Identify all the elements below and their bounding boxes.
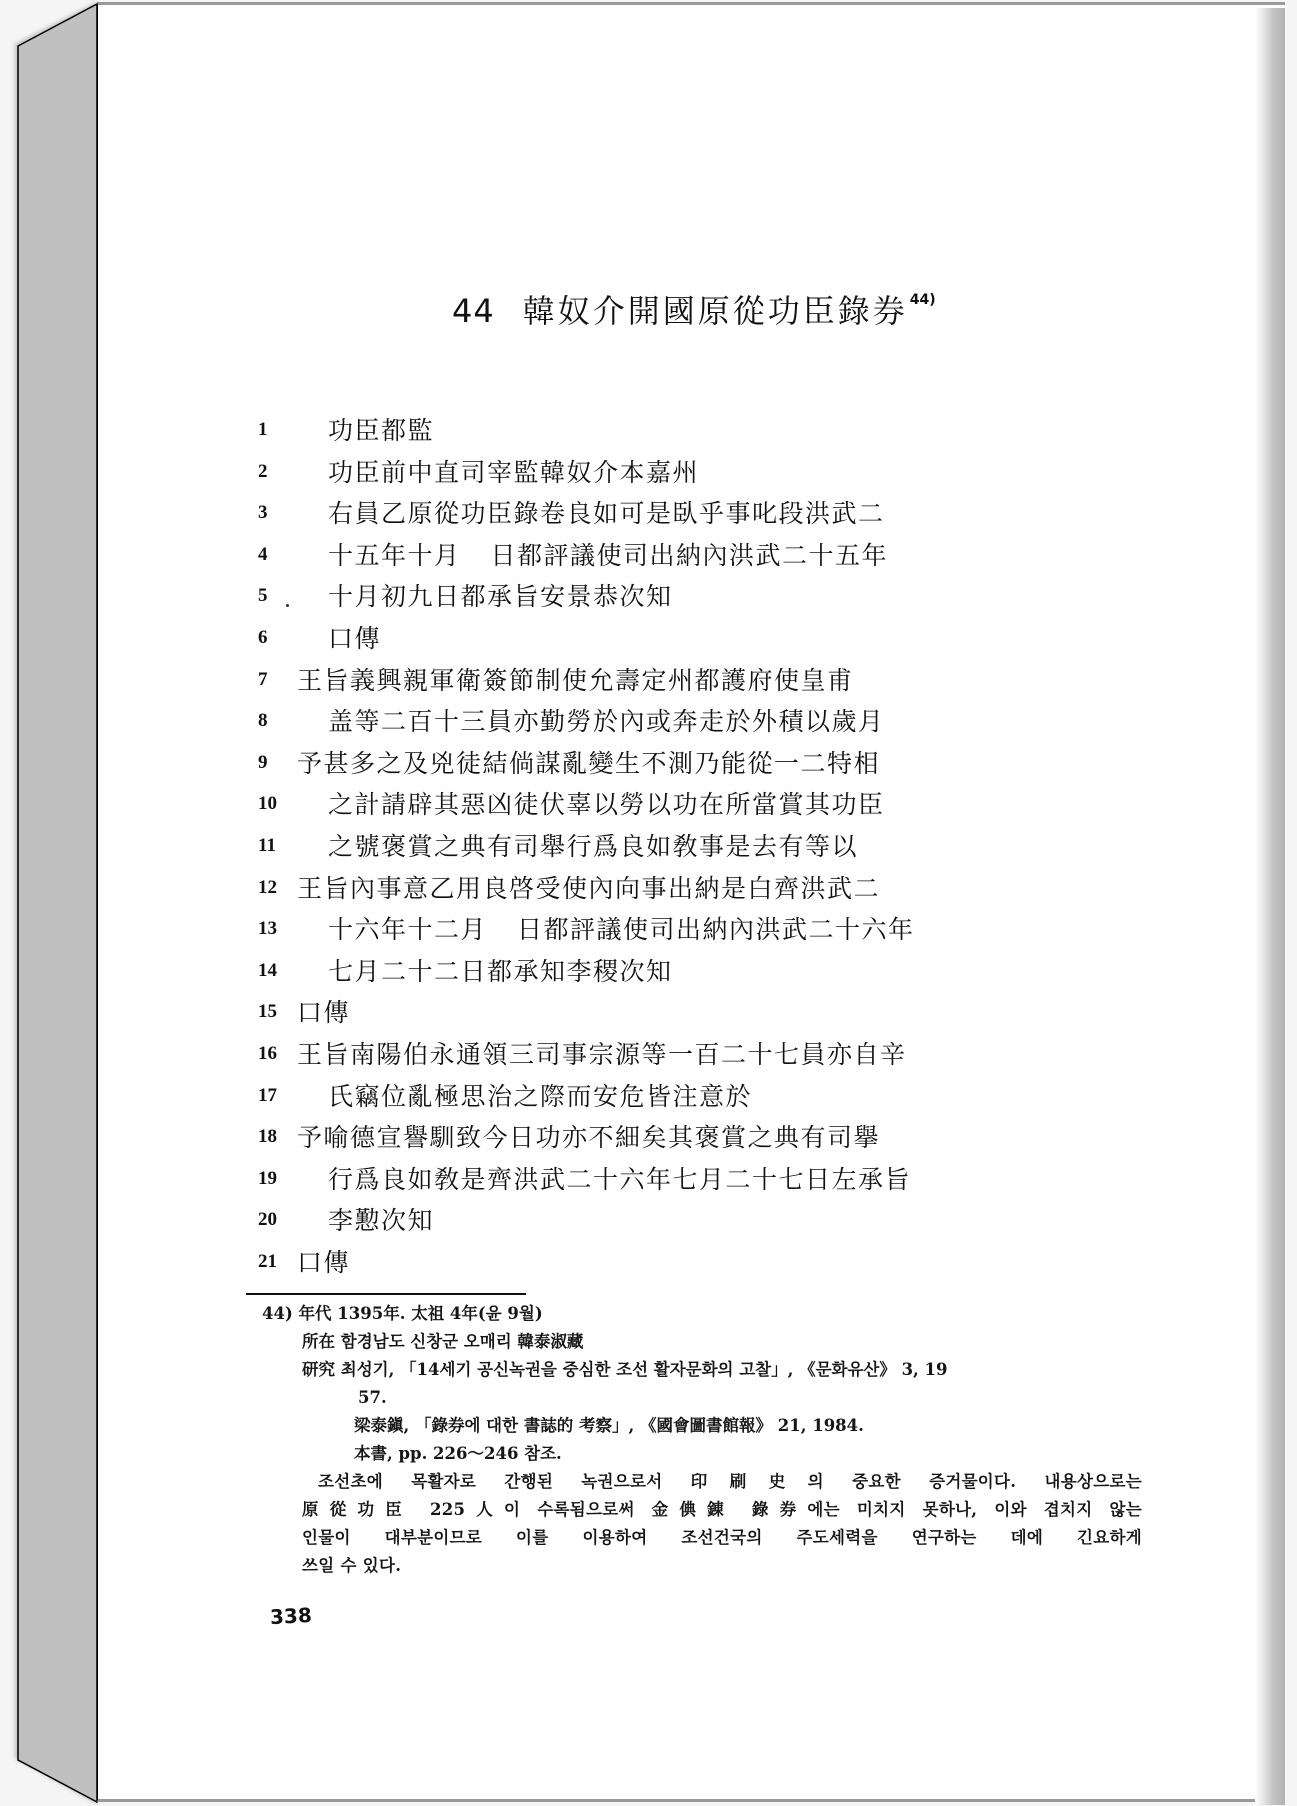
text-line: 19行爲良如敎是齊洪武二十六年七月二十七日左承旨 [250, 1154, 1050, 1196]
line-text: 予甚多之及兇徒結倘謀亂變生不測乃能從一二特相 [297, 744, 880, 780]
line-text: 王旨內事意乙用良啓受使內向事出納是白齊洪武二 [297, 869, 880, 905]
page-number: 338 [269, 1603, 312, 1629]
line-number: 6 [258, 627, 268, 649]
text-line: 6口傳 [250, 613, 1050, 655]
document-title: 44韓奴介開國原從功臣錄券44) [452, 286, 936, 332]
line-text: 十月初九日都承旨安景恭次知 [328, 577, 673, 613]
footnote-date-row: 44) 年代 1395年. 太祖 4年(윤 9월) [262, 1300, 1142, 1328]
line-number: 7 [258, 669, 268, 691]
line-number: 8 [258, 710, 268, 732]
line-number: 15 [258, 1001, 277, 1023]
text-line: 13十六年十二月日都評議使司出納內洪武二十六年 [250, 904, 1050, 946]
line-text: 七月二十二日都承知李稷次知 [328, 952, 673, 988]
footnote-date-label: 年代 [299, 1304, 332, 1323]
line-number: 17 [258, 1085, 277, 1107]
page-edge-shadow [1255, 8, 1285, 1805]
line-text-part: 十五年十月 [328, 541, 461, 570]
book-spine [0, 0, 100, 1806]
footnote-research-label: 研究 [302, 1360, 335, 1379]
line-text: 予喻德宣譽馴致今日功亦不細矣其褒賞之典有司擧 [297, 1118, 880, 1154]
title-footnote-ref: 44) [910, 292, 936, 308]
title-number: 44 [452, 292, 495, 330]
footnote-date-text: 1395年. 太祖 4年(윤 9월) [337, 1304, 542, 1323]
line-text: 口傳 [328, 619, 381, 655]
text-line: 17氏竊位亂極思治之際而安危皆注意於 [250, 1071, 1050, 1113]
text-line: 16王旨南陽伯永通領三司事宗源等一百二十七員亦自辛 [250, 1029, 1050, 1071]
footnote-research-2: 梁泰鎭, 「錄券에 대한 書誌的 考察」, 《國會圖書館報》 21, 1984. [262, 1412, 1142, 1440]
text-line: 14七月二十二日都承知李稷次知 [250, 946, 1050, 988]
line-text-part: 日都評議使司出納內洪武二十六年 [517, 915, 915, 944]
line-number: 2 [258, 461, 268, 483]
line-text: 之計請辟其惡凶徒伏辜以勞以功在所當賞其功臣 [328, 785, 885, 821]
text-line: 1功臣都監 [250, 405, 1050, 447]
title-text: 韓奴介開國原從功臣錄券 [523, 292, 908, 330]
footnote-paragraph-line: 原從功臣 225人이 수록됨으로써 金倎錬 錄券에는 미치지 못하나, 이와 겹… [262, 1496, 1142, 1524]
line-number: 4 [258, 544, 268, 566]
line-text: 口傳 [297, 1243, 350, 1279]
text-line: 21口傳 [250, 1237, 1050, 1279]
line-text: 王旨義興親軍衛簽節制使允壽定州都護府使皇甫 [297, 661, 854, 697]
line-number: 3 [258, 502, 268, 524]
text-line: 4十五年十月日都評議使司出納內洪武二十五年 [250, 530, 1050, 572]
line-text: 右員乙原從功臣錄卷良如可是臥乎事叱段洪武二 [328, 494, 885, 530]
line-text: 行爲良如敎是齊洪武二十六年七月二十七日左承旨 [328, 1160, 911, 1196]
text-line: 2功臣前中直司宰監韓奴介本嘉州 [250, 447, 1050, 489]
line-text: 功臣前中直司宰監韓奴介本嘉州 [328, 453, 699, 489]
line-text: 盖等二百十三員亦勤勞於內或奔走於外積以歲月 [328, 702, 885, 738]
footnote-ref: 44) [262, 1304, 293, 1323]
line-text: 李懃次知 [328, 1201, 434, 1237]
text-line: 11之號褒賞之典有司舉行爲良如敎事是去有等以 [250, 821, 1050, 863]
line-number: 19 [258, 1168, 277, 1190]
footnote-paragraph-line: 인물이 대부분이므로 이를 이용하여 조선건국의 주도세력을 연구하는 데에 긴… [262, 1524, 1142, 1552]
footnote-divider [246, 1293, 526, 1295]
footnote-research-3: 本書, pp. 226～246 참조. [262, 1440, 1142, 1468]
scan-speck [286, 604, 289, 607]
footnote-research-1-cont: 57. [262, 1384, 1142, 1412]
text-line: 20李懃次知 [250, 1195, 1050, 1237]
text-line: 5十月初九日都承旨安景恭次知 [250, 571, 1050, 613]
line-number: 12 [258, 877, 277, 899]
footnote-location-text: 함경남도 신창군 오매리 韓泰淑藏 [341, 1332, 584, 1351]
line-text: 氏竊位亂極思治之際而安危皆注意於 [328, 1077, 752, 1113]
line-number: 10 [258, 793, 277, 815]
line-number: 18 [258, 1126, 277, 1148]
line-number: 13 [258, 918, 277, 940]
text-line: 7王旨義興親軍衛簽節制使允壽定州都護府使皇甫 [250, 655, 1050, 697]
line-number: 1 [258, 419, 268, 441]
footnote-paragraph-line: 조선초에 목활자로 간행된 녹권으로서 印刷史의 중요한 증거물이다. 내용상으… [262, 1468, 1142, 1496]
line-number: 9 [258, 752, 268, 774]
text-line: 9予甚多之及兇徒結倘謀亂變生不測乃能從一二特相 [250, 738, 1050, 780]
footnote-location-row: 所在 함경남도 신창군 오매리 韓泰淑藏 [262, 1328, 1142, 1356]
line-text: 口傳 [297, 993, 350, 1029]
text-line: 10之計請辟其惡凶徒伏辜以勞以功在所當賞其功臣 [250, 779, 1050, 821]
footnote-research-row: 研究 최성기, 「14세기 공신녹권을 중심한 조선 활자문화의 고찰」, 《문… [262, 1356, 1142, 1384]
line-text: 之號褒賞之典有司舉行爲良如敎事是去有等以 [328, 827, 858, 863]
line-text: 功臣都監 [328, 411, 434, 447]
text-line: 8盖等二百十三員亦勤勞於內或奔走於外積以歲月 [250, 696, 1050, 738]
line-text: 十五年十月日都評議使司出納內洪武二十五年 [328, 536, 888, 572]
text-line: 12王旨內事意乙用良啓受使內向事出納是白齊洪武二 [250, 863, 1050, 905]
line-text: 王旨南陽伯永通領三司事宗源等一百二十七員亦自辛 [297, 1035, 907, 1071]
line-number: 16 [258, 1043, 277, 1065]
line-number: 5 [258, 585, 268, 607]
line-number: 11 [258, 835, 276, 857]
footnote-location-label: 所在 [302, 1332, 335, 1351]
footnote-research-1: 최성기, 「14세기 공신녹권을 중심한 조선 활자문화의 고찰」, 《문화유산… [341, 1360, 948, 1379]
line-text: 十六年十二月日都評議使司出納內洪武二十六年 [328, 910, 915, 946]
text-line: 3右員乙原從功臣錄卷良如可是臥乎事叱段洪武二 [250, 488, 1050, 530]
line-number: 14 [258, 960, 277, 982]
text-line: 15口傳 [250, 987, 1050, 1029]
footnote-paragraph-line: 쓰일 수 있다. [262, 1552, 1142, 1580]
transcription-lines: 1功臣都監 2功臣前中直司宰監韓奴介本嘉州 3右員乙原從功臣錄卷良如可是臥乎事叱… [250, 405, 1050, 1278]
line-text-part: 日都評議使司出納內洪武二十五年 [491, 541, 889, 570]
footnote: 44) 年代 1395年. 太祖 4年(윤 9월) 所在 함경남도 신창군 오매… [262, 1300, 1142, 1580]
text-line: 18予喻德宣譽馴致今日功亦不細矣其褒賞之典有司擧 [250, 1112, 1050, 1154]
line-text-part: 十六年十二月 [328, 915, 487, 944]
line-number: 20 [258, 1209, 277, 1231]
line-number: 21 [258, 1251, 277, 1273]
